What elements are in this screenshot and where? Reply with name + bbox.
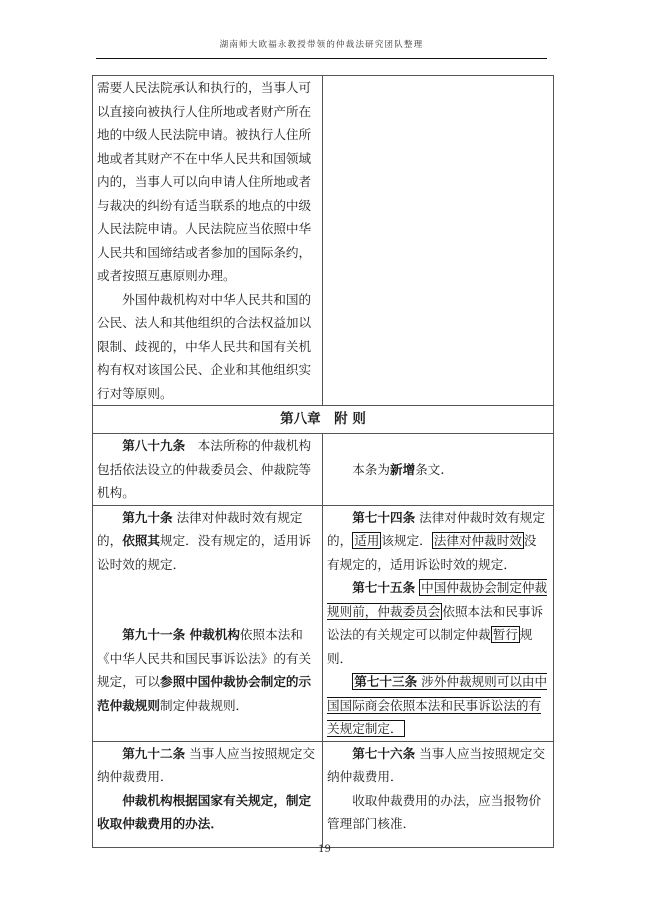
article-label: 第九十二条 — [122, 746, 185, 761]
spacer — [97, 576, 318, 623]
paragraph: 第九十一条 仲裁机构依照本法和《中华人民共和国民事诉讼法》的有关规定，可以参照中… — [97, 623, 318, 717]
table-row-article-90-91: 第九十条 法律对仲裁时效有规定的，依照其规定．没有规定的，适用诉讼时效的规定． … — [93, 505, 554, 741]
page-number: 19 — [0, 844, 649, 855]
article-label: 第九十条 — [122, 510, 172, 525]
chapter-heading: 第八章 附 则 — [93, 406, 554, 434]
boxed-article: 第七十三条 涉外仲裁规则可以由中国国际商会依照本法和民事诉讼法的有关规定制定． — [327, 673, 547, 737]
article-label: 第七十五条 — [352, 580, 415, 595]
paragraph: 第九十二条 当事人应当按照规定交纳仲裁费用． — [97, 742, 318, 789]
cell-old-law — [323, 76, 554, 406]
article-label: 第七十四条 — [352, 510, 415, 525]
cell-old-law: 本条为新增条文. — [323, 434, 554, 506]
paragraph: 第七十三条 涉外仲裁规则可以由中国国际商会依照本法和民事诉讼法的有关规定制定． — [327, 670, 549, 741]
comparison-table: 需要人民法院承认和执行的，当事人可以直接向被执行人住所地或者财产所在地的中级人民… — [92, 75, 554, 848]
note-text: 本条为 — [352, 462, 390, 477]
table-row-chapter: 第八章 附 则 — [93, 406, 554, 434]
cell-new-law: 需要人民法院承认和执行的，当事人可以直接向被执行人住所地或者财产所在地的中级人民… — [93, 76, 323, 406]
paragraph: 第七十六条 当事人应当按照规定交纳仲裁费用． — [327, 742, 549, 789]
emphasis: 依照其 — [122, 533, 160, 548]
cell-old-law: 第七十六条 当事人应当按照规定交纳仲裁费用． 收取仲裁费用的办法，应当报物价管理… — [323, 741, 554, 847]
paragraph: 第七十五条 中国仲裁协会制定仲裁规则前，仲裁委员会依照本法和民事诉讼法的有关规定… — [327, 576, 549, 670]
article-text: 该规定． — [381, 533, 431, 548]
cell-old-law: 第七十四条 法律对仲裁时效有规定的，适用该规定．法律对仲裁时效没有规定的，适用诉… — [323, 505, 554, 741]
paragraph: 第七十四条 法律对仲裁时效有规定的，适用该规定．法律对仲裁时效没有规定的，适用诉… — [327, 506, 549, 577]
boxed-change: 适用 — [352, 532, 381, 549]
cell-new-law: 第九十二条 当事人应当按照规定交纳仲裁费用． 仲裁机构根据国家有关规定，制定收取… — [93, 741, 323, 847]
paragraph: 收取仲裁费用的办法，应当报物价管理部门核准． — [327, 789, 549, 836]
article-label: 第八十九条 — [122, 438, 185, 453]
running-header: 湖南师大欧福永教授带领的仲裁法研究团队整理 — [96, 38, 547, 50]
paragraph: 第九十条 法律对仲裁时效有规定的，依照其规定．没有规定的，适用诉讼时效的规定． — [97, 506, 318, 577]
cell-new-law: 第九十条 法律对仲裁时效有规定的，依照其规定．没有规定的，适用诉讼时效的规定． … — [93, 505, 323, 741]
table-row-article-89: 第八十九条 本法所称的仲裁机构包括依法设立的仲裁委员会、仲裁院等机构。 本条为新… — [93, 434, 554, 506]
paragraph: 本条为新增条文. — [327, 458, 549, 482]
cell-new-law: 第八十九条 本法所称的仲裁机构包括依法设立的仲裁委员会、仲裁院等机构。 — [93, 434, 323, 506]
note-emphasis: 新增 — [390, 462, 415, 477]
article-label: 第九十一条 — [122, 627, 185, 642]
header-rule — [96, 58, 547, 59]
boxed-change: 暂行 — [491, 626, 520, 643]
paragraph: 需要人民法院承认和执行的，当事人可以直接向被执行人住所地或者财产所在地的中级人民… — [97, 76, 318, 288]
article-label: 第七十三条 — [354, 674, 417, 689]
paragraph: 仲裁机构根据国家有关规定，制定收取仲裁费用的办法． — [97, 789, 318, 836]
emphasis: 仲裁机构 — [185, 627, 240, 642]
paragraph: 第八十九条 本法所称的仲裁机构包括依法设立的仲裁委员会、仲裁院等机构。 — [97, 434, 318, 505]
article-text: 制定仲裁规则． — [160, 698, 248, 713]
article-label: 第七十六条 — [352, 746, 415, 761]
document-page: 湖南师大欧福永教授带领的仲裁法研究团队整理 需要人民法院承认和执行的，当事人可以… — [0, 0, 649, 912]
table-row-article-92: 第九十二条 当事人应当按照规定交纳仲裁费用． 仲裁机构根据国家有关规定，制定收取… — [93, 741, 554, 847]
note-text: 条文. — [415, 462, 444, 477]
table-row-continuation: 需要人民法院承认和执行的，当事人可以直接向被执行人住所地或者财产所在地的中级人民… — [93, 76, 554, 406]
boxed-change: 法律对仲裁时效 — [432, 532, 524, 549]
paragraph: 外国仲裁机构对中华人民共和国的公民、法人和其他组织的合法权益加以限制、歧视的，中… — [97, 288, 318, 406]
